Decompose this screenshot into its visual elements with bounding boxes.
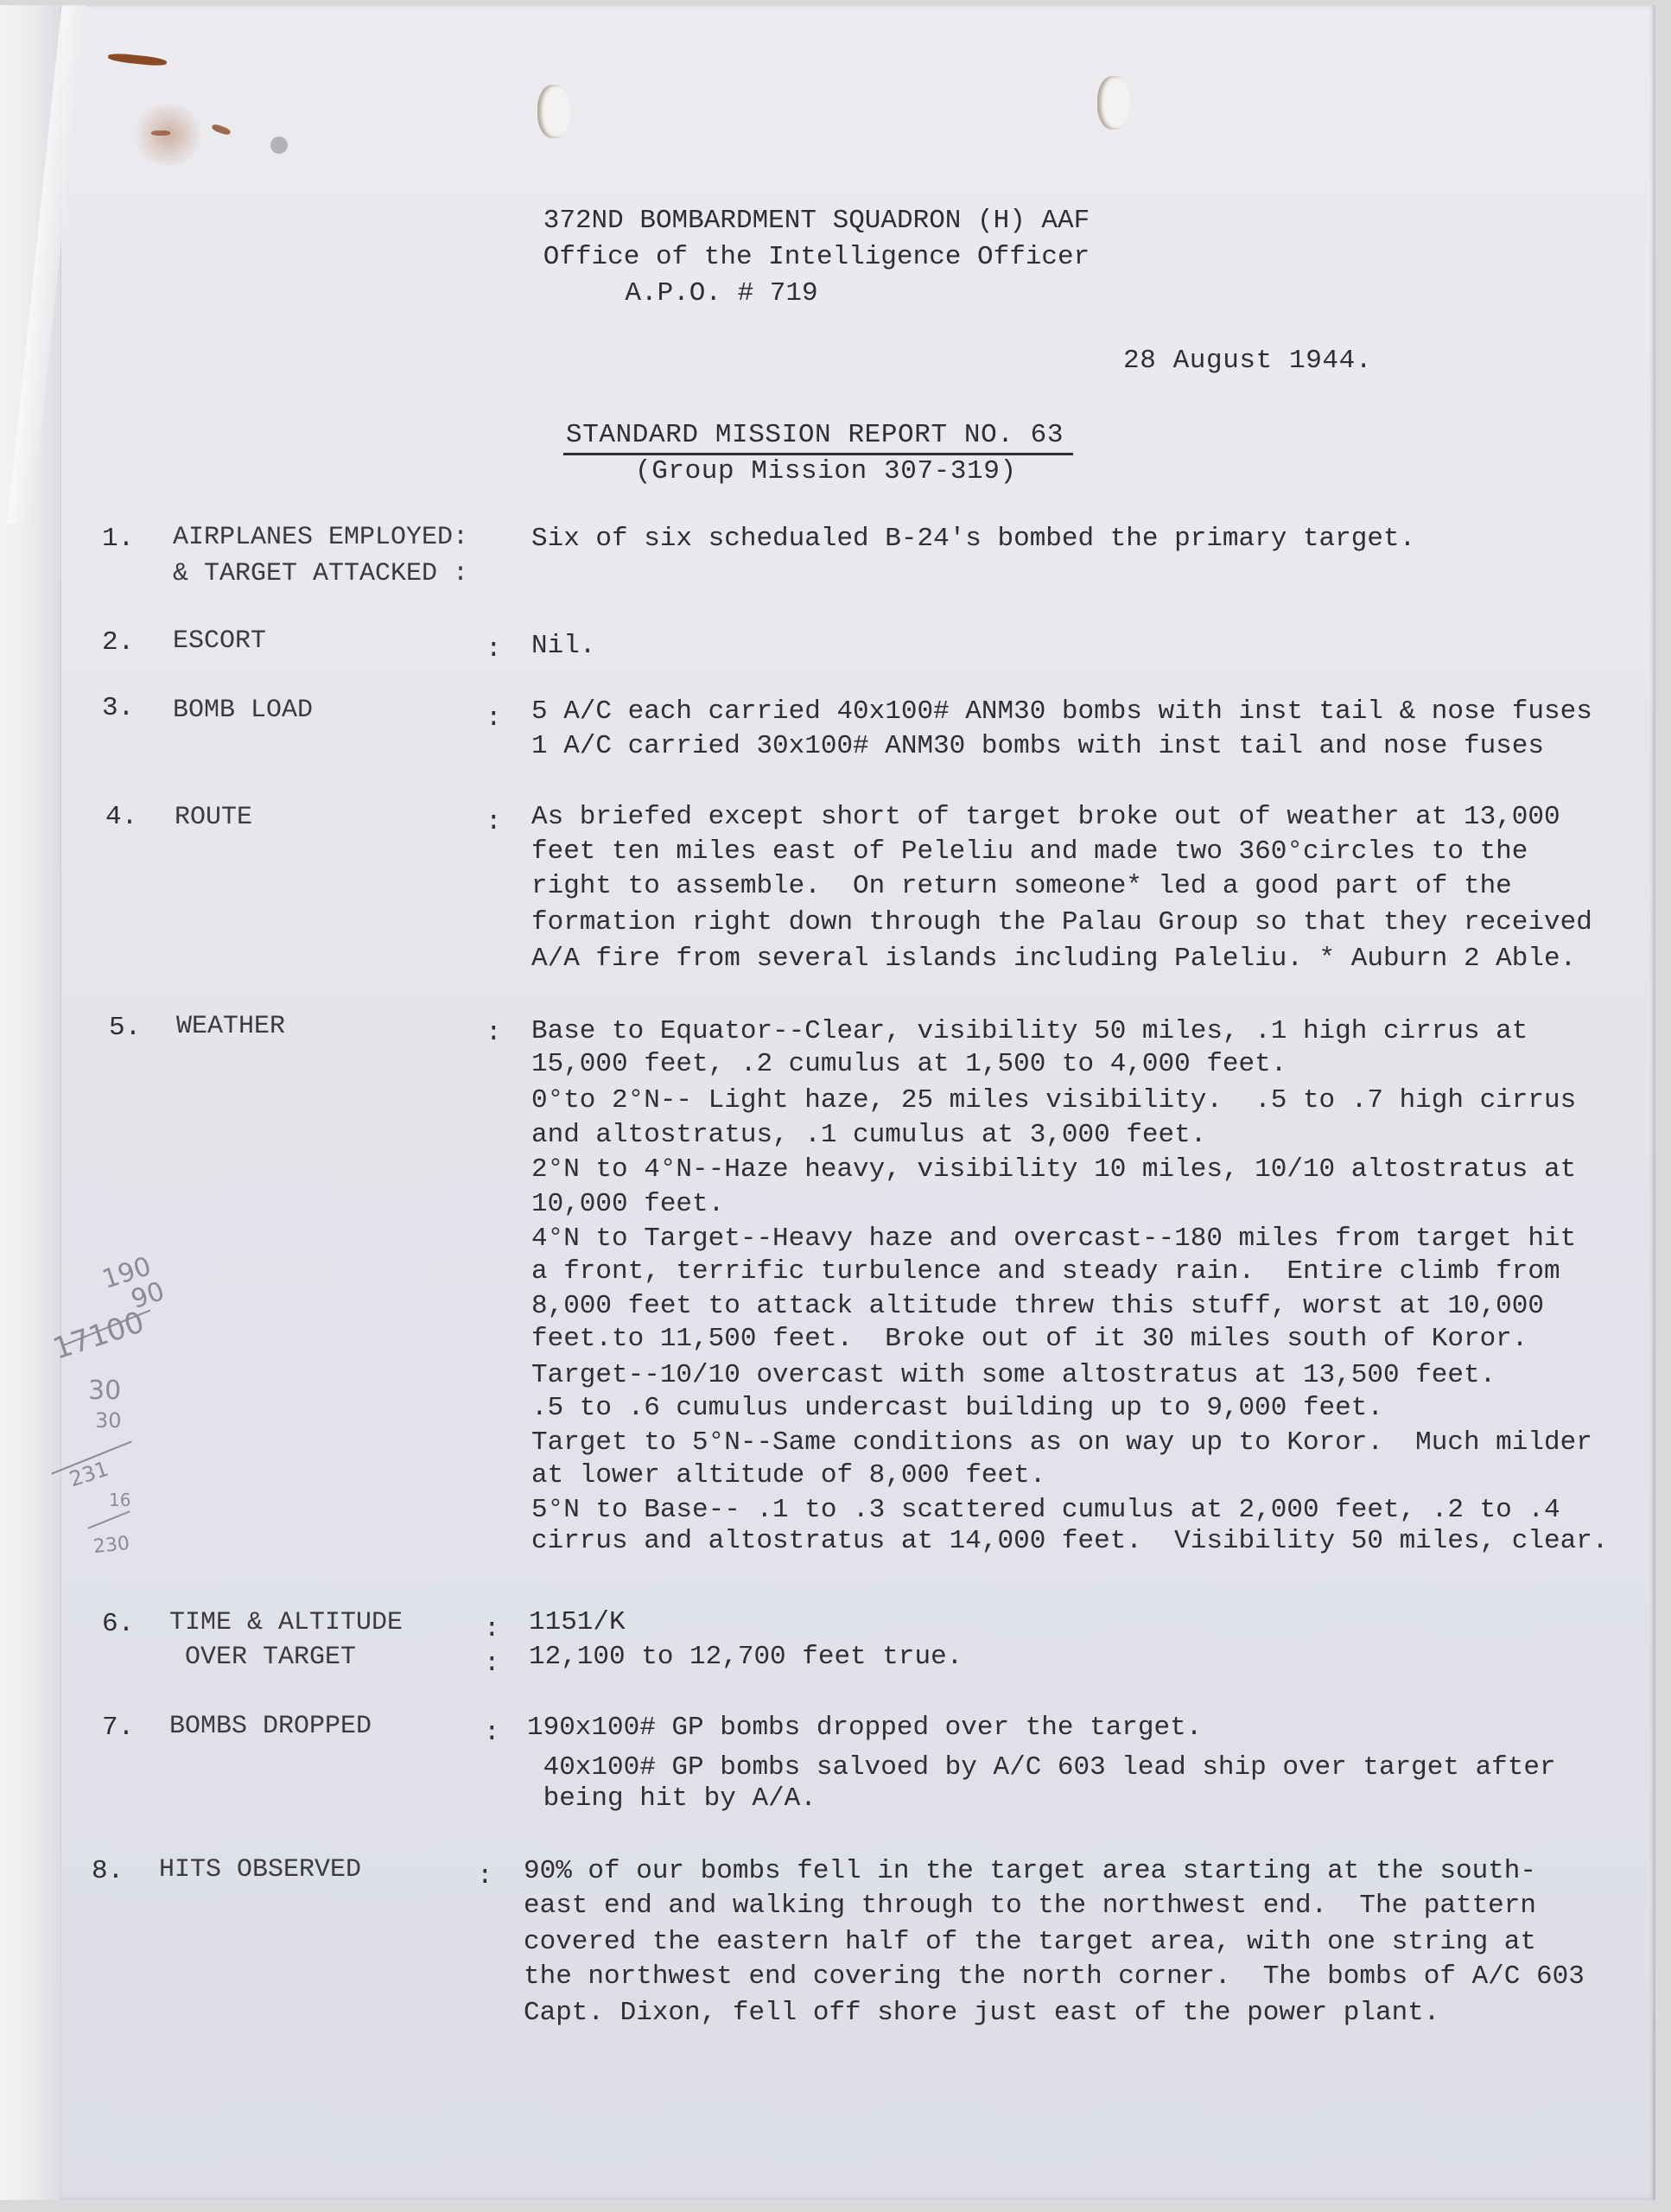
section-text: 90% of our bombs fell in the target area… <box>524 1854 1536 1889</box>
section-text: 40x100# GP bombs salvoed by A/C 603 lead… <box>527 1751 1556 1785</box>
section-text: As briefed except short of target broke … <box>531 800 1560 835</box>
section-number: 3. <box>102 693 134 723</box>
section-number: 2. <box>102 627 134 658</box>
section-label: BOMB LOAD <box>173 693 313 728</box>
section-text: Target--10/10 overcast with some altostr… <box>531 1358 1496 1393</box>
section-text: covered the eastern half of the target a… <box>524 1925 1536 1960</box>
section-text: Target to 5°N--Same conditions as on way… <box>531 1426 1592 1460</box>
margin-note: 230 <box>92 1533 130 1558</box>
section-label: ROUTE <box>175 800 252 835</box>
section-text: 15,000 feet, .2 cumulus at 1,500 to 4,00… <box>531 1047 1287 1082</box>
section-text: being hit by A/A. <box>527 1782 816 1816</box>
margin-rule <box>88 1510 130 1529</box>
paper-spot <box>270 137 288 154</box>
section-text: 4°N to Target--Heavy haze and overcast--… <box>531 1222 1576 1256</box>
section-label: OVER TARGET <box>169 1640 356 1675</box>
margin-note: 30 <box>88 1376 121 1406</box>
section-text: .5 to .6 cumulus undercast building up t… <box>531 1391 1383 1426</box>
colon: : <box>486 1018 502 1048</box>
section-number: 1. <box>102 524 134 554</box>
section-text: 190x100# GP bombs dropped over the targe… <box>527 1711 1202 1745</box>
section-text: Base to Equator--Clear, visibility 50 mi… <box>531 1014 1528 1049</box>
section-text: Nil. <box>531 629 595 664</box>
margin-note: 30 <box>95 1408 122 1433</box>
apo-number: A.P.O. # 719 <box>518 278 924 308</box>
colon: : <box>477 1861 493 1891</box>
section-text: cirrus and altostratus at 14,000 feet. V… <box>531 1524 1608 1559</box>
margin-note: 16 <box>109 1490 130 1510</box>
section-label: WEATHER <box>176 1009 285 1044</box>
document-page: 372ND BOMBARDMENT SQUADRON (H) AAF Offic… <box>0 5 1655 2200</box>
title-underline <box>563 453 1073 455</box>
section-text: 5°N to Base-- .1 to .3 scattered cumulus… <box>531 1493 1560 1528</box>
section-text: 8,000 feet to attack altitude threw this… <box>531 1289 1544 1324</box>
section-text: Six of six schedualed B-24's bombed the … <box>531 522 1415 556</box>
staple-rust <box>108 52 168 67</box>
section-text: formation right down through the Palau G… <box>531 906 1592 940</box>
office-name: Office of the Intelligence Officer <box>518 242 1115 272</box>
section-number: 6. <box>102 1609 134 1639</box>
section-text: a front, terrific turbulence and steady … <box>531 1255 1560 1289</box>
section-text: A/A fire from several islands including … <box>531 942 1576 976</box>
section-label: BOMBS DROPPED <box>169 1709 372 1744</box>
section-text: 10,000 feet. <box>531 1187 724 1222</box>
colon: : <box>486 807 502 837</box>
punch-hole <box>1097 76 1130 130</box>
section-text: east end and walking through to the nort… <box>524 1889 1536 1923</box>
section-label: AIRPLANES EMPLOYED: <box>173 520 468 555</box>
rust-mark <box>211 123 231 136</box>
section-label: TIME & ALTITUDE <box>169 1605 403 1640</box>
colon: : <box>484 1614 500 1644</box>
rust-mark <box>151 130 170 136</box>
section-text: right to assemble. On return someone* le… <box>531 869 1512 904</box>
margin-note: 17100 <box>48 1305 148 1366</box>
punch-hole <box>537 85 570 138</box>
margin-note: 231 <box>67 1457 111 1492</box>
section-text: 1 A/C carried 30x100# ANM30 bombs with i… <box>531 729 1544 764</box>
colon: : <box>486 634 502 664</box>
section-text: 5 A/C each carried 40x100# ANM30 bombs w… <box>531 695 1592 729</box>
section-text: 2°N to 4°N--Haze heavy, visibility 10 mi… <box>531 1153 1576 1187</box>
section-text: feet.to 11,500 feet. Broke out of it 30 … <box>531 1322 1528 1357</box>
section-label: HITS OBSERVED <box>159 1853 361 1887</box>
section-number: 4. <box>105 802 137 832</box>
section-number: 8. <box>92 1856 124 1886</box>
section-text: 12,100 to 12,700 feet true. <box>529 1640 963 1675</box>
section-label: & TARGET ATTACKED : <box>173 556 468 591</box>
section-text: 1151/K <box>529 1605 626 1640</box>
section-text: feet ten miles east of Peleliu and made … <box>531 835 1528 869</box>
section-number: 5. <box>109 1013 141 1043</box>
unit-name: 372ND BOMBARDMENT SQUADRON (H) AAF <box>518 206 1115 236</box>
colon: : <box>484 1718 500 1748</box>
section-text: and altostratus, .1 cumulus at 3,000 fee… <box>531 1118 1206 1153</box>
section-text: 0°to 2°N-- Light haze, 25 miles visibili… <box>531 1084 1576 1118</box>
section-text: Capt. Dixon, fell off shore just east of… <box>524 1996 1439 2031</box>
section-text: the northwest end covering the north cor… <box>524 1960 1585 1994</box>
colon: : <box>486 703 502 734</box>
group-mission: (Group Mission 307-319) <box>635 458 1017 485</box>
report-date: 28 August 1944. <box>1123 347 1372 374</box>
report-title: STANDARD MISSION REPORT NO. 63 <box>566 422 1064 448</box>
section-text: at lower altitude of 8,000 feet. <box>531 1459 1045 1493</box>
section-label: ESCORT <box>173 624 266 658</box>
section-number: 7. <box>102 1713 134 1743</box>
colon: : <box>484 1649 500 1679</box>
